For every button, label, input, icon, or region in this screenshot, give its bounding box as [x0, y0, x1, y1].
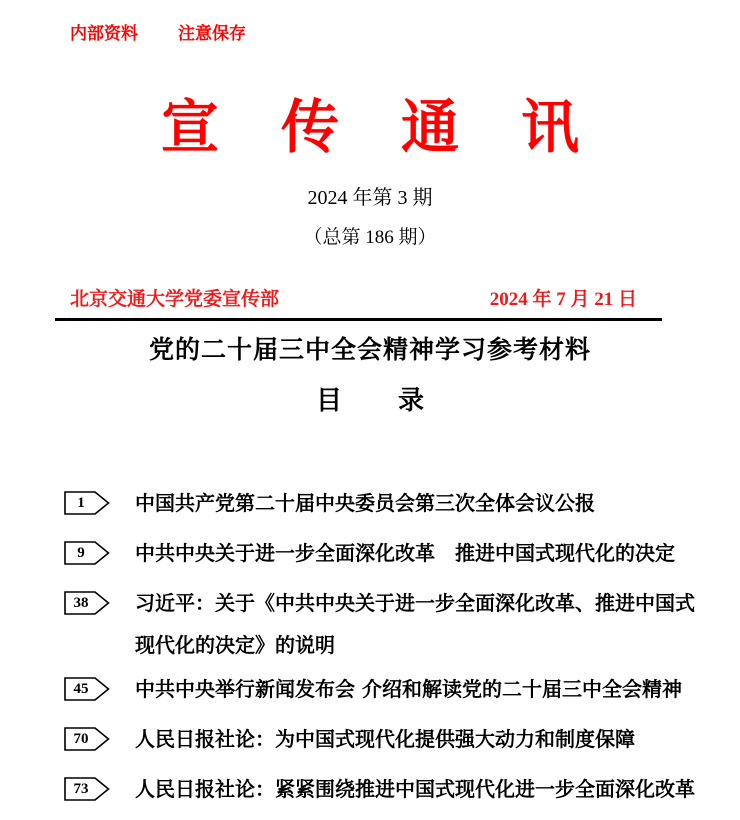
toc-item-title: 人民日报社论：为中国式现代化提供强大动力和制度保障 [135, 727, 635, 751]
cumulative-issue-number: （总第 186 期） [0, 226, 740, 250]
page-number: 38 [64, 591, 98, 615]
toc-item: 9 中共中央关于进一步全面深化改革 推进中国式现代化的决定 [64, 541, 740, 565]
header-divider-rule [55, 318, 662, 321]
masthead-char-2: 传 [281, 96, 339, 160]
toc-item-title: 中共中央关于进一步全面深化改革 推进中国式现代化的决定 [135, 541, 675, 565]
page-number: 70 [64, 727, 98, 751]
masthead-title: 宣 传 通 讯 [0, 96, 740, 160]
issue-number: 2024 年第 3 期 [0, 186, 740, 210]
newsletter-page: 内部资料 注意保存 宣 传 通 讯 2024 年第 3 期 （总第 186 期）… [0, 0, 740, 820]
publisher-name: 北京交通大学党委宣传部 [70, 288, 279, 312]
toc-item: 45 中共中央举行新闻发布会 介绍和解读党的二十届三中全会精神 [64, 677, 740, 701]
masthead-char-1: 宣 [161, 96, 219, 160]
toc-item: 38 习近平：关于《中共中央关于进一步全面深化改革、推进中国式 [64, 591, 740, 615]
toc-item-title: 中国共产党第二十届中央委员会第三次全体会议公报 [135, 491, 595, 515]
subject-title: 党的二十届三中全会精神学习参考材料 [0, 335, 740, 367]
publication-date: 2024 年 7 月 21 日 [490, 288, 637, 312]
toc-heading: 目 录 [0, 386, 740, 416]
page-number-badge: 9 [64, 541, 110, 565]
page-number: 45 [64, 677, 98, 701]
page-number-badge: 1 [64, 491, 110, 515]
toc-item-title: 人民日报社论：紧紧围绕推进中国式现代化进一步全面深化改革 [135, 777, 695, 801]
classification-label: 内部资料 [70, 24, 138, 44]
masthead-char-3: 通 [401, 96, 459, 160]
classification-row: 内部资料 注意保存 [0, 0, 740, 44]
page-number: 73 [64, 777, 98, 801]
page-number-badge: 70 [64, 727, 110, 751]
toc-item: 70 人民日报社论：为中国式现代化提供强大动力和制度保障 [64, 727, 740, 751]
retention-notice-label: 注意保存 [178, 24, 246, 44]
toc-item: 73 人民日报社论：紧紧围绕推进中国式现代化进一步全面深化改革 [64, 777, 740, 801]
toc-item-title: 中共中央举行新闻发布会 介绍和解读党的二十届三中全会精神 [135, 677, 682, 701]
table-of-contents: 1 中国共产党第二十届中央委员会第三次全体会议公报 9 中共中央关于进一步全面深… [0, 491, 740, 801]
toc-heading-char-1: 目 [316, 386, 342, 416]
toc-item-title: 习近平：关于《中共中央关于进一步全面深化改革、推进中国式 [135, 591, 695, 615]
page-number-badge: 45 [64, 677, 110, 701]
toc-heading-char-2: 录 [398, 386, 424, 416]
page-number-badge: 73 [64, 777, 110, 801]
publisher-row: 北京交通大学党委宣传部 2024 年 7 月 21 日 [0, 288, 740, 312]
toc-item: 1 中国共产党第二十届中央委员会第三次全体会议公报 [64, 491, 740, 515]
page-number-badge: 38 [64, 591, 110, 615]
toc-item-title-continued: 现代化的决定》的说明 [64, 633, 740, 657]
page-number: 9 [64, 541, 98, 565]
toc-item-group: 38 习近平：关于《中共中央关于进一步全面深化改革、推进中国式 现代化的决定》的… [64, 591, 740, 657]
page-number: 1 [64, 491, 98, 515]
masthead-char-4: 讯 [521, 96, 579, 160]
